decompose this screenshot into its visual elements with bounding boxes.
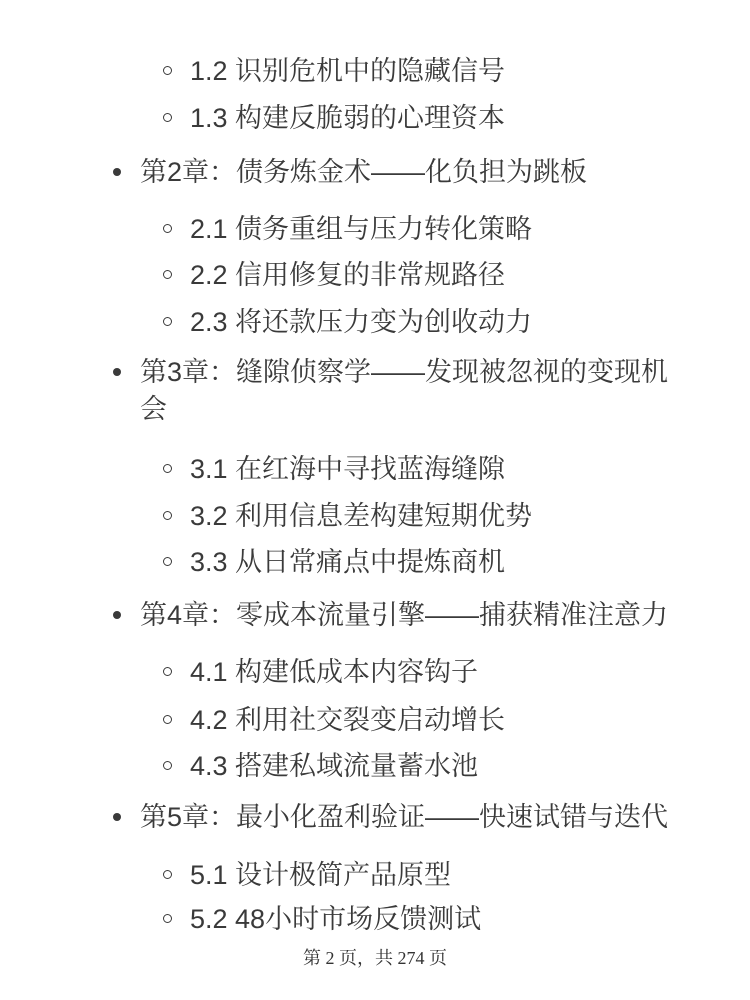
toc-item-text: 第4章：零成本流量引擎——捕获精准注意力: [140, 597, 685, 634]
circle-bullet-icon: [163, 511, 172, 520]
toc-item-text: 4.1 构建低成本内容钩子: [190, 653, 720, 691]
disc-bullet-icon: [113, 611, 121, 619]
toc-item-text: 3.2 利用信息差构建短期优势: [190, 497, 720, 535]
toc-subitem: 2.2 信用修复的非常规路径: [0, 256, 750, 294]
toc-item-text: 3.1 在红海中寻找蓝海缝隙: [190, 450, 720, 488]
circle-bullet-icon: [163, 464, 172, 473]
toc-item-text: 第5章：最小化盈利验证——快速试错与迭代: [140, 799, 685, 836]
toc-item-text: 5.2 48小时市场反馈测试: [190, 900, 720, 938]
toc-subitem: 5.1 设计极简产品原型: [0, 856, 750, 894]
circle-bullet-icon: [163, 224, 172, 233]
toc-chapter-item: 第2章：债务炼金术——化负担为跳板: [0, 154, 750, 191]
toc-subitem: 2.1 债务重组与压力转化策略: [0, 210, 750, 248]
circle-bullet-icon: [163, 317, 172, 326]
toc-item-text: 1.2 识别危机中的隐藏信号: [190, 52, 720, 90]
circle-bullet-icon: [163, 667, 172, 676]
toc-subitem: 5.2 48小时市场反馈测试: [0, 900, 750, 938]
disc-bullet-icon: [113, 368, 121, 376]
circle-bullet-icon: [163, 761, 172, 770]
circle-bullet-icon: [163, 270, 172, 279]
document-page: 1.2 识别危机中的隐藏信号 1.3 构建反脆弱的心理资本 第2章：债务炼金术—…: [0, 0, 750, 1000]
toc-subitem: 3.2 利用信息差构建短期优势: [0, 497, 750, 535]
toc-subitem: 1.3 构建反脆弱的心理资本: [0, 99, 750, 137]
toc-item-text: 4.3 搭建私域流量蓄水池: [190, 747, 720, 785]
toc-item-text: 2.2 信用修复的非常规路径: [190, 256, 720, 294]
toc-subitem: 1.2 识别危机中的隐藏信号: [0, 52, 750, 90]
circle-bullet-icon: [163, 113, 172, 122]
circle-bullet-icon: [163, 66, 172, 75]
toc-item-text: 1.3 构建反脆弱的心理资本: [190, 99, 720, 137]
circle-bullet-icon: [163, 557, 172, 566]
toc-item-text: 4.2 利用社交裂变启动增长: [190, 701, 720, 739]
toc-subitem: 4.1 构建低成本内容钩子: [0, 653, 750, 691]
disc-bullet-icon: [113, 168, 121, 176]
page-number-indicator: 第 2 页，共 274 页: [0, 947, 750, 969]
toc-item-text: 2.1 债务重组与压力转化策略: [190, 210, 720, 248]
toc-subitem: 3.3 从日常痛点中提炼商机: [0, 543, 750, 581]
toc-item-text: 2.3 将还款压力变为创收动力: [190, 303, 720, 341]
toc-item-text: 第3章：缝隙侦察学——发现被忽视的变现机会: [140, 354, 685, 428]
toc-chapter-item: 第5章：最小化盈利验证——快速试错与迭代: [0, 799, 750, 836]
toc-subitem: 4.3 搭建私域流量蓄水池: [0, 747, 750, 785]
toc-item-text: 第2章：债务炼金术——化负担为跳板: [140, 154, 685, 191]
circle-bullet-icon: [163, 914, 172, 923]
toc-chapter-item: 第3章：缝隙侦察学——发现被忽视的变现机会: [0, 354, 750, 428]
disc-bullet-icon: [113, 813, 121, 821]
circle-bullet-icon: [163, 715, 172, 724]
toc-subitem: 4.2 利用社交裂变启动增长: [0, 701, 750, 739]
toc-item-text: 3.3 从日常痛点中提炼商机: [190, 543, 720, 581]
toc-subitem: 3.1 在红海中寻找蓝海缝隙: [0, 450, 750, 488]
toc-subitem: 2.3 将还款压力变为创收动力: [0, 303, 750, 341]
circle-bullet-icon: [163, 870, 172, 879]
toc-chapter-item: 第4章：零成本流量引擎——捕获精准注意力: [0, 597, 750, 634]
toc-item-text: 5.1 设计极简产品原型: [190, 856, 720, 894]
